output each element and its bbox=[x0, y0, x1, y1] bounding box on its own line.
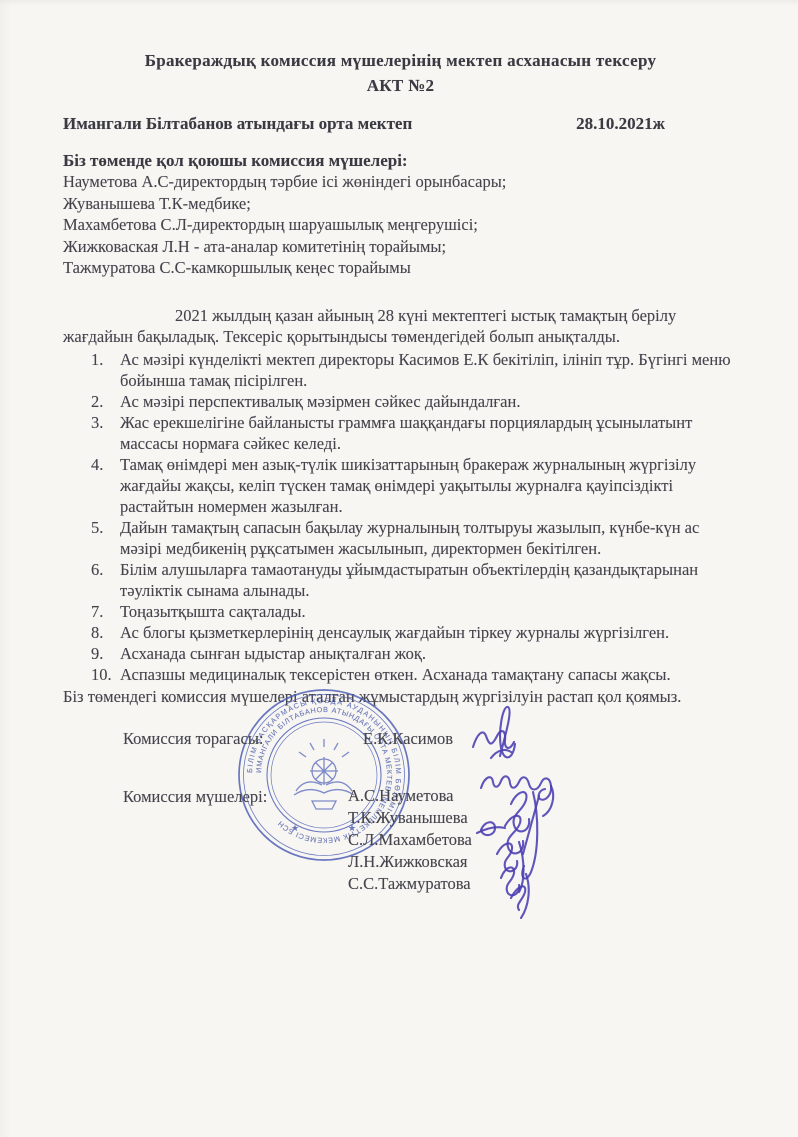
commission-member: Махамбетова С.Л-директордың шаруашылық м… bbox=[63, 214, 738, 236]
school-and-date-row: Имангали Білтабанов атындағы орта мектеп… bbox=[63, 114, 738, 134]
kazakhstan-emblem bbox=[294, 739, 354, 809]
signature-name: С.Л.Махамбетова bbox=[348, 829, 472, 851]
chairman-name: Е.К.Касимов bbox=[363, 729, 453, 749]
chairman-signature bbox=[473, 706, 515, 757]
finding-item: Ас мәзірі перспективалық мәзірмен сәйкес… bbox=[120, 391, 738, 412]
document-page: Бракераждық комиссия мүшелерінің мектеп … bbox=[0, 0, 798, 1137]
finding-item: Білім алушыларға тамаотануды ұйымдастыра… bbox=[120, 559, 738, 601]
finding-item: Тамақ өнімдері мен азық-түлік шикізаттар… bbox=[120, 454, 738, 517]
commission-heading: Біз төменде қол қоюшы комиссия мүшелері: bbox=[63, 151, 738, 171]
commission-member: Науметова А.С-директордың тәрбие ісі жөн… bbox=[63, 171, 738, 193]
document-title-line2: АКТ №2 bbox=[63, 73, 738, 98]
stamp-star-left: ★ bbox=[291, 823, 299, 833]
intro-paragraph: 2021 жылдың қазан айының 28 күні мектепт… bbox=[63, 305, 738, 348]
findings-list: Ас мәзірі күнделікті мектеп директоры Ка… bbox=[63, 349, 738, 685]
members-label: Комиссия мүшелері: bbox=[123, 787, 267, 807]
finding-item: Ас мәзірі күнделікті мектеп директоры Ка… bbox=[120, 349, 738, 391]
member-signature-names: А.С.Науметова Т.К.Жуванышева С.Л.Махамбе… bbox=[348, 785, 472, 895]
finding-item: Аспазшы медициналық тексерістен өткен. А… bbox=[120, 664, 738, 685]
member-signature-zhuvanysheva bbox=[511, 792, 539, 879]
chairman-label: Комиссия торагасы: bbox=[123, 729, 263, 749]
commission-member-list: Науметова А.С-директордың тәрбие ісі жөн… bbox=[63, 171, 738, 279]
commission-member: Жуванышева Т.К-медбике; bbox=[63, 193, 738, 215]
finding-item: Асханада сынған ыдыстар анықталған жоқ. bbox=[120, 643, 738, 664]
finding-item: Жас ерекшелігіне байланысты граммға шаққ… bbox=[120, 412, 738, 454]
signature-name: С.С.Тажмуратова bbox=[348, 873, 472, 895]
member-signature-tazhmuratova bbox=[501, 867, 529, 918]
signature-block: БІЛІМ БАСҚАРМАСЫ ҚОБДА АУДАНЫНЫҢ БІЛІМ Б… bbox=[63, 707, 738, 1107]
finding-item: Дайын тамақтың сапасын бақылау журналыны… bbox=[120, 517, 738, 559]
finding-item: Тоңазытқышта сақталады. bbox=[120, 601, 738, 622]
document-title: Бракераждық комиссия мүшелерінің мектеп … bbox=[63, 48, 738, 98]
document-date: 28.10.2021ж bbox=[576, 114, 665, 134]
signature-name: А.С.Науметова bbox=[348, 785, 472, 807]
signature-name: Т.К.Жуванышева bbox=[348, 807, 472, 829]
finding-item: Ас блогы қызметкерлерінің денсаулық жағд… bbox=[120, 622, 738, 643]
commission-member: Тажмуратова С.С-камкоршылық кеңес торайы… bbox=[63, 257, 738, 279]
school-name: Имангали Білтабанов атындағы орта мектеп bbox=[63, 114, 412, 134]
document-title-line1: Бракераждық комиссия мүшелерінің мектеп … bbox=[63, 48, 738, 73]
signature-name: Л.Н.Жижковская bbox=[348, 851, 472, 873]
commission-member: Жижковаская Л.Н - ата-аналар комитетінің… bbox=[63, 236, 738, 258]
